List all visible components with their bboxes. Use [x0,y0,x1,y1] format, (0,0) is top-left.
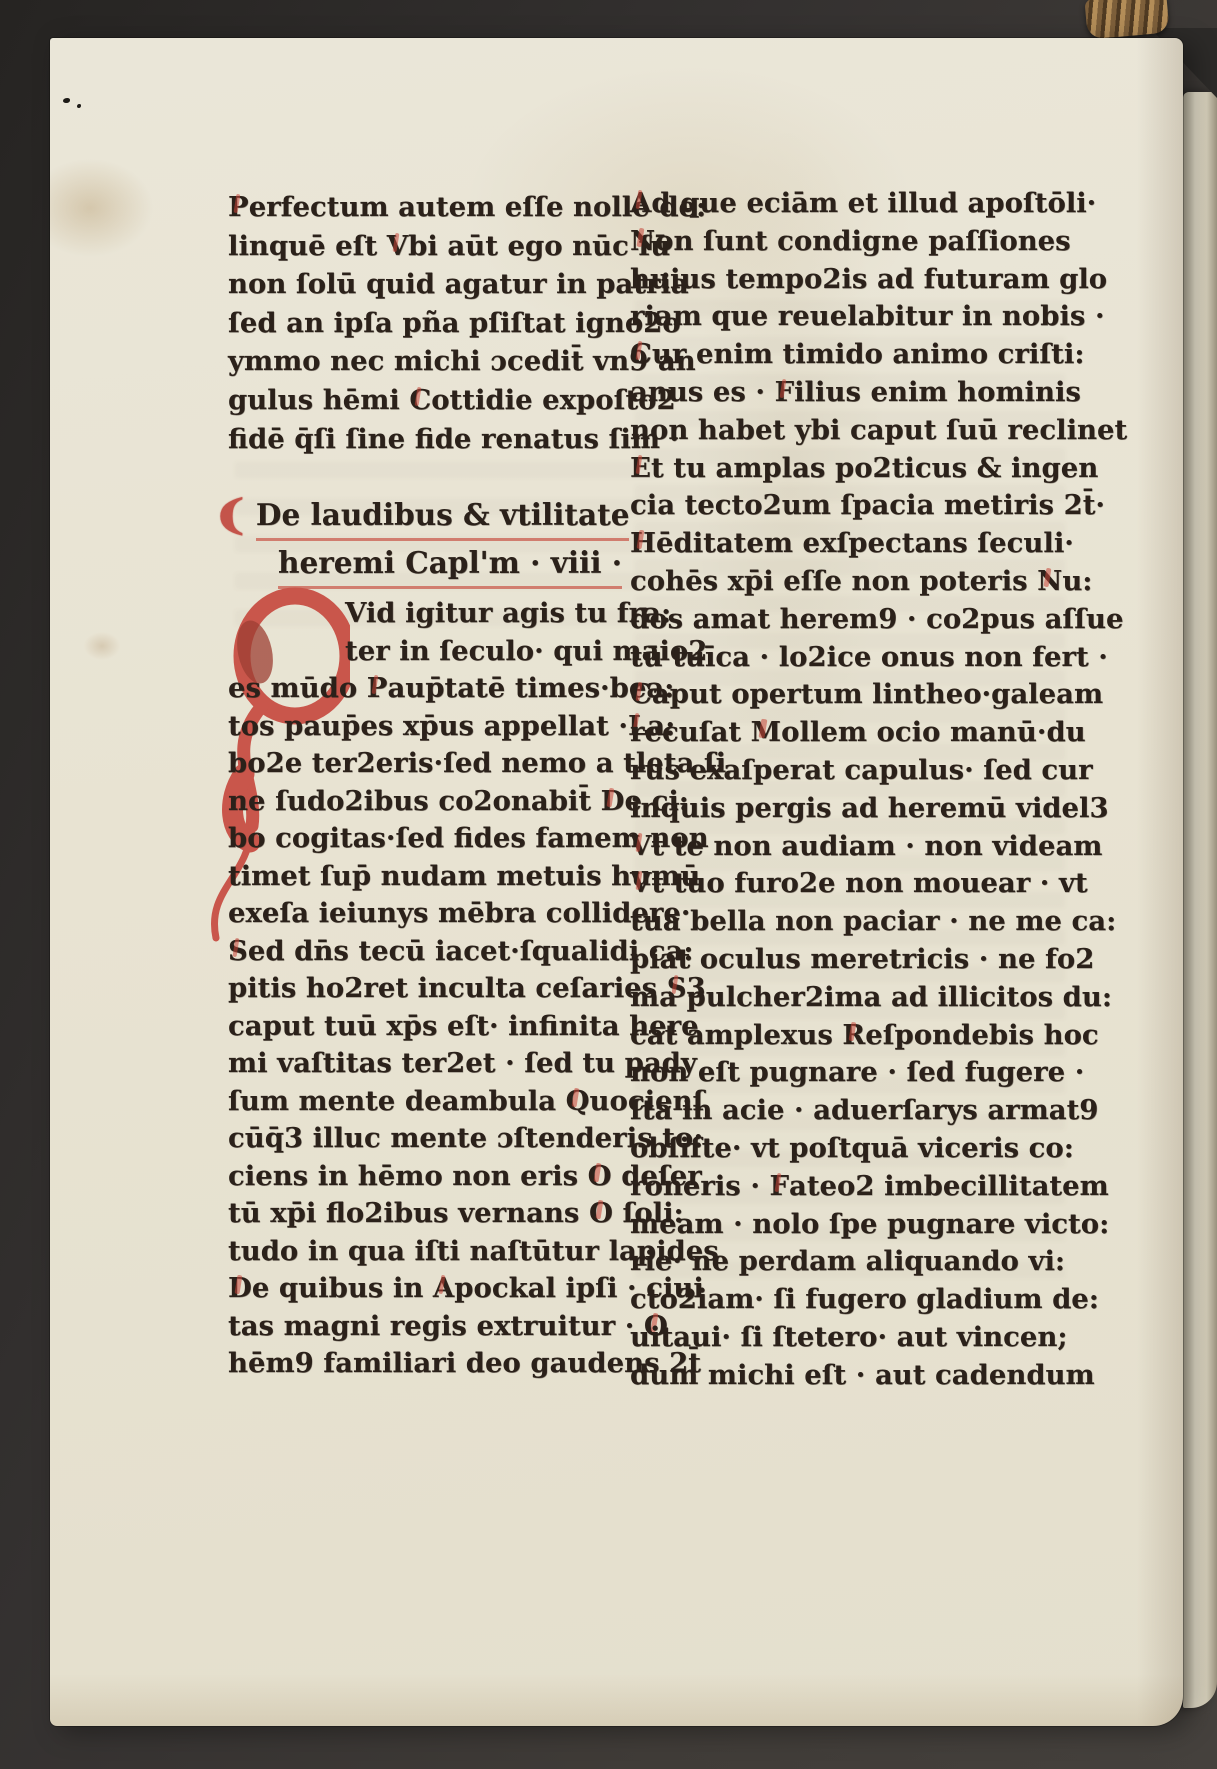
rubricated-letter: P [367,672,388,704]
rubricated-letter: M [751,716,781,748]
text-line: cto2iam· ſi fugero gladium de: [630,1281,1064,1319]
text-line: tū xp̄i flo2ibus vernans O ſoli: [228,1195,658,1233]
text-line: riam que reuelabitur in nobis · [630,298,1064,336]
text-line: Hēditatem exſpectans ſeculi· [630,525,1064,563]
text-line: timet ſup̄ nudam metuis humū [228,858,658,896]
text-line: Non ſunt condigne paſſiones [630,223,1064,261]
rubricated-letter: C [630,678,652,710]
text-line: obſiſte· vt poſtquā viceris co: [630,1130,1064,1168]
text-line: mi vaſtitas ter2et · ſed tu pady [228,1045,658,1083]
ink-spot [77,104,81,108]
next-page-edge [1183,92,1217,1708]
text-line: dos amat herem9 · co2pus aſſue [630,601,1064,639]
text-line: gulus hēmi Cottidie expoſto2 [228,381,648,420]
text-line: non ſolū quid agatur in patria [228,265,648,304]
text-line: Perfectum autem eſſe nolle de: [228,188,648,227]
rubricated-letter: H [630,527,656,559]
text-line: Caput opertum lintheo·galeam [630,676,1064,714]
rubricated-letter: P [228,191,249,223]
rubricated-letter: A [433,1272,454,1304]
rubricated-letter: C [409,384,431,416]
text-line: Vt te non audiam · non videam [630,828,1064,866]
rubricated-letter: E [630,452,651,484]
text-line: ymmo nec michi ɔcedit̄ vn9 an [228,342,648,381]
text-line: fidē q̄ſi ſine fide renatus ſim · [228,420,648,459]
text-line: ter in ſeculo· qui maio2 [228,633,658,671]
rubricated-letter: F [769,1170,789,1202]
text-line: tudo in qua iſti naſtūtur lapides [228,1233,658,1271]
manuscript-page: Perfectum autem eſſe nolle de:linquē eſt… [50,38,1183,1726]
text-line: cūq̄3 illuc mente ɔſtenderis to: [228,1120,658,1158]
rubricated-letter: D [228,1272,252,1304]
text-line: rie· ne perdam aliquando vi: [630,1243,1064,1281]
right-column: Ad que eciām et illud apoſtōli·Non ſunt … [630,185,1064,1395]
rubricated-letter: V [387,230,408,262]
text-line: caput tuū xp̄s eſt· infinita here [228,1008,658,1046]
text-line: tos paup̄es xp̄us appellat ·La: [228,708,658,746]
chapter-heading: (De laudibus & vtilitate heremi Capl'm ·… [220,493,629,589]
text-line: De quibus in Apockal ipſi · ciui [228,1270,658,1308]
rubricated-letter: D [601,785,625,817]
text-line: ma pulcher2ima ad illicitos du: [630,979,1064,1017]
rubricated-letter: S [228,935,248,967]
rubricated-letter: V [630,830,651,862]
ink-spot [63,98,70,103]
text-line: es mūdo Paup̄tatē times·bea: [228,670,658,708]
rubricated-letter: Q [566,1085,590,1117]
text-line: non habet ybi caput ſuū reclinet [630,412,1064,450]
rubricated-letter: R [842,1019,865,1051]
text-line: bo cogitas·ſed fides famem non [228,820,658,858]
left-column-paragraph-2: Vid igitur agis tu fra:ter in ſeculo· qu… [228,595,658,1383]
text-line: Cur enim timido animo criſti: [630,336,1064,374]
text-line: bo2e ter2eris·ſed nemo a tleta ſi [228,745,658,783]
rubricated-letter: O [588,1160,612,1192]
text-line: huius tempo2is ad futuram glo [630,261,1064,299]
text-line: non eſt pugnare · ſed fugere · [630,1054,1064,1092]
text-line: Sed dn̄s tecū iacet·ſqualidi ca: [228,933,658,971]
text-line: tas magni regis extruitur · O [228,1308,658,1346]
text-line: ſed an ipſa pña pſiſtat igno2o [228,304,648,343]
text-line: ne ſudo2ibus co2onabit̄ De ci: [228,783,658,821]
rubricated-letter: F [775,376,795,408]
text-line: Vid igitur agis tu fra: [228,595,658,633]
rubricated-letter: V [630,867,651,899]
text-line: meam · nolo ſpe pugnare victo: [630,1206,1064,1244]
text-line: tū tuīca · lo2ice onus non fert · [630,639,1064,677]
photograph-background: Perfectum autem eſſe nolle de:linquē eſt… [0,0,1217,1769]
text-line: exeſa ieiunys mēbra collidere· [228,895,658,933]
rubricated-letter: O [589,1197,613,1229]
rubricated-letter: A [630,187,651,219]
text-line: dum michi eſt · aut cadendum [630,1357,1064,1395]
rubricated-letter: N [1037,565,1062,597]
text-line: hēm9 familiari deo gaudens 2t̄ [228,1345,658,1383]
text-line: uitaui· ſi ſtetero· aut vincen; [630,1319,1064,1357]
text-line: ciens in hēmo non eris O deſer [228,1158,658,1196]
text-line: inquis pergis ad heremū videl3 [630,790,1064,828]
text-line: piat oculus meretricis · ne fo2 [630,941,1064,979]
rubricated-letter: C [630,338,652,370]
text-line: ſum mente deambula Quocienſ [228,1083,658,1121]
text-line: cat amplexus Reſpondebis hoc [630,1017,1064,1055]
text-line: rus exaſperat capulus· ſed cur [630,752,1064,790]
text-line: cohēs xp̄i eſſe non poteris Nu: [630,563,1064,601]
text-line: recuſat Mollem ocio manū·du [630,714,1064,752]
text-line: roneris · Fateo2 imbecillitatem [630,1168,1064,1206]
text-line: linquē eſt Vbi aūt ego nūc ſū [228,227,648,266]
heading-line-1: De laudibus & vtilitate [256,493,630,541]
rubric-pilcrow-icon: ( [214,493,246,537]
left-column-paragraph-1: Perfectum autem eſſe nolle de:linquē eſt… [228,188,648,458]
text-line: Et tu amplas po2ticus & ingen [630,450,1064,488]
text-line: Ad que eciām et illud apoſtōli· [630,185,1064,223]
text-line: tua bella non paciar · ne me ca: [630,903,1064,941]
text-line: pitis ho2ret inculta ceſaries S3 [228,970,658,1008]
text-line: Vt tuo furo2e non mouear · vt [630,865,1064,903]
rubricated-letter: N [630,225,655,257]
text-line: ſta in acie · aduerſarys armat9 [630,1092,1064,1130]
text-line: cia tecto2um ſpacia metiris 2t̄· [630,487,1064,525]
text-line: anus es · Filius enim hominis [630,374,1064,412]
